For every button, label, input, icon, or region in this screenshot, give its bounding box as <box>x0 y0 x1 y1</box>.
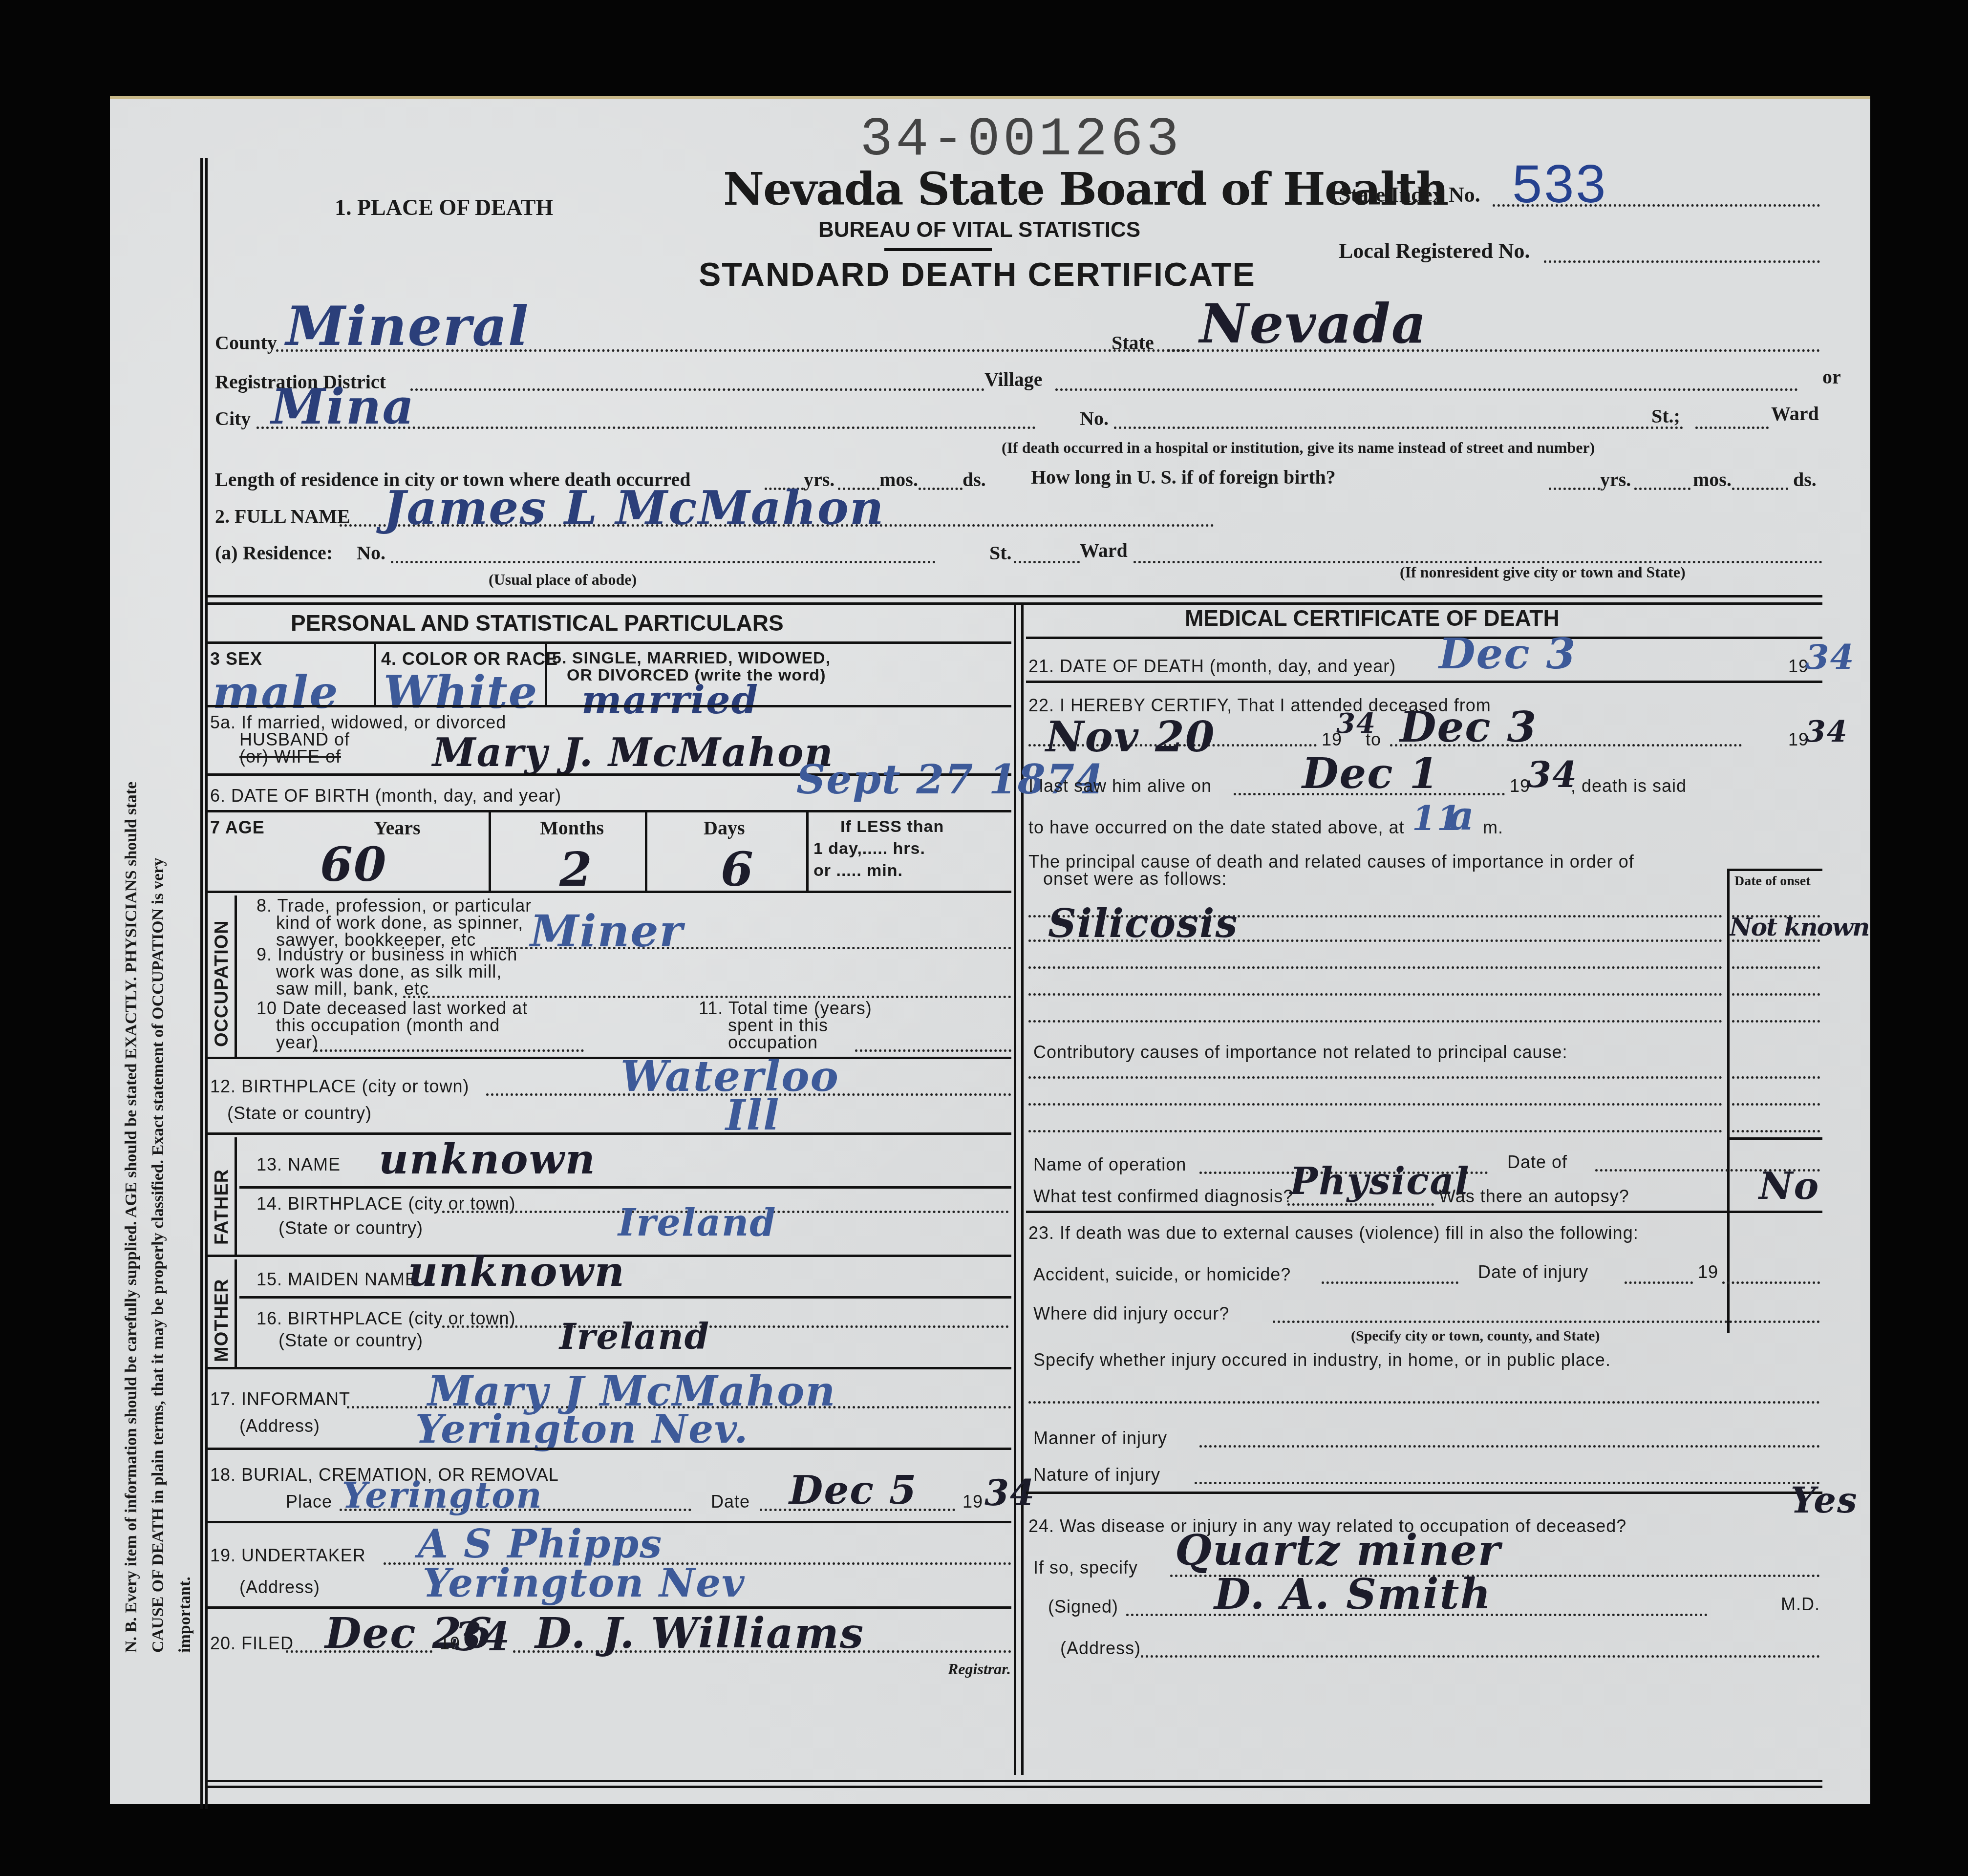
mother-maiden-value[interactable]: unknown <box>408 1247 625 1296</box>
hospital-note: (If death occurred in a hospital or inst… <box>1002 439 1595 457</box>
last-saw-year[interactable]: 34 <box>1527 754 1578 795</box>
or-label: or <box>1822 365 1841 388</box>
age-days-value[interactable]: 6 <box>721 842 754 897</box>
header-divider <box>884 248 992 251</box>
burial-date-value[interactable]: Dec 5 <box>789 1467 918 1513</box>
frame-left-line <box>200 158 203 1809</box>
street-no-label: No. <box>1080 407 1109 430</box>
test-label: What test confirmed diagnosis? <box>1033 1186 1293 1207</box>
age-label: 7 AGE <box>210 817 265 838</box>
less-than-label-3: or ..... min. <box>813 861 903 880</box>
mother-birthplace-state-label: (State or country) <box>278 1330 423 1351</box>
to-label: to <box>1366 729 1381 750</box>
injury-date-label: Date of injury <box>1478 1262 1588 1282</box>
spouse-label-3: (or) WIFE of <box>239 746 341 767</box>
local-registered-label: Local Registered No. <box>1339 238 1530 263</box>
father-name-value[interactable]: unknown <box>379 1135 596 1183</box>
foreign-birth-label: How long in U. S. if of foreign birth? <box>1031 466 1336 489</box>
birthplace-state-label: (State or country) <box>227 1103 372 1124</box>
attended-from-value[interactable]: Nov 20 <box>1046 712 1216 762</box>
city-label: City <box>215 407 251 430</box>
registrar-signature: D. J. Williams <box>535 1609 864 1658</box>
occupation-related-value[interactable]: Yes <box>1791 1479 1858 1521</box>
side-note-line-2: CAUSE OF DEATH in plain terms, that it m… <box>149 858 168 1653</box>
autopsy-value[interactable]: No <box>1759 1164 1819 1208</box>
trade-value[interactable]: Miner <box>530 905 684 957</box>
dob-label: 6. DATE OF BIRTH (month, day, and year) <box>210 786 561 806</box>
father-name-label: 13. NAME <box>257 1154 341 1175</box>
county-label: County <box>215 331 277 354</box>
street-label: St.; <box>1651 405 1680 427</box>
filed-label: 20. FILED <box>210 1633 294 1654</box>
residence-ds-label: ds. <box>963 468 986 491</box>
death-said-label: , death is said <box>1571 776 1687 796</box>
principal-cause-label-2: onset were as follows: <box>1043 869 1227 889</box>
state-value[interactable]: Nevada <box>1199 292 1427 355</box>
years-label: Years <box>374 816 421 839</box>
city-value[interactable]: Mina <box>271 378 415 435</box>
where-injury-label: Where did injury occur? <box>1033 1303 1229 1324</box>
father-birthplace-state-label: (State or country) <box>278 1218 423 1238</box>
mother-maiden-label: 15. MAIDEN NAME <box>257 1269 417 1290</box>
burial-place-label: Place <box>286 1492 332 1512</box>
ampm-value[interactable]: a <box>1449 793 1475 839</box>
marital-value[interactable]: married <box>581 678 759 723</box>
last-saw-value[interactable]: Dec 1 <box>1302 749 1439 798</box>
m-label: m. <box>1483 817 1503 838</box>
registrar-label: Registrar. <box>948 1660 1011 1678</box>
residence-no-label: No. <box>357 541 385 564</box>
frame-bottom-line <box>205 1780 1822 1782</box>
attended-to-year[interactable]: 34 <box>1805 715 1848 749</box>
days-label: Days <box>704 816 745 839</box>
informant-address-label: (Address) <box>239 1416 320 1436</box>
dod-value[interactable]: Dec 3 <box>1439 629 1576 679</box>
less-than-label-1: If LESS than <box>840 817 944 836</box>
ward-label: Ward <box>1771 402 1819 425</box>
date-of-onset-label: Date of onset <box>1734 874 1811 889</box>
contributory-label: Contributory causes of importance not re… <box>1033 1042 1568 1063</box>
undertaker-address-label: (Address) <box>239 1577 320 1598</box>
state-index-value: 533 <box>1512 153 1608 215</box>
side-note-line-3: important. <box>176 1577 194 1653</box>
manner-label: Manner of injury <box>1033 1428 1167 1449</box>
less-than-label-2: 1 day,..... hrs. <box>813 839 925 858</box>
physician-signature[interactable]: D. A. Smith <box>1214 1570 1492 1619</box>
frame-bottom-line-2 <box>205 1786 1822 1788</box>
sex-value[interactable]: male <box>213 666 339 719</box>
foreign-ds-label: ds. <box>1793 468 1817 491</box>
state-label: State <box>1112 331 1154 354</box>
total-time-label-3: occupation <box>728 1032 818 1053</box>
if-so-label: If so, specify <box>1033 1557 1138 1578</box>
mother-side-label: MOTHER <box>212 1279 233 1362</box>
full-name-value[interactable]: James L McMahon <box>384 480 884 535</box>
specify-label: Specify whether injury occured in indust… <box>1033 1350 1611 1370</box>
operation-label: Name of operation <box>1033 1154 1186 1175</box>
last-saw-label: I last saw him alive on <box>1028 776 1212 796</box>
section-divider-top <box>205 595 1822 597</box>
place-of-death-heading: 1. PLACE OF DEATH <box>335 194 553 220</box>
nature-label: Nature of injury <box>1033 1465 1160 1485</box>
autopsy-label: Was there an autopsy? <box>1439 1186 1629 1207</box>
burial-place-value[interactable]: Yerington <box>342 1474 543 1516</box>
if-so-value[interactable]: Quartz miner <box>1175 1526 1501 1575</box>
last-worked-label-3: year) <box>276 1032 319 1053</box>
informant-address-value[interactable]: Yerington Nev. <box>415 1406 749 1452</box>
md-label: M.D. <box>1781 1594 1820 1615</box>
undertaker-address-value[interactable]: Yerington Nev <box>423 1560 746 1606</box>
age-years-value[interactable]: 60 <box>320 837 387 892</box>
onset-value[interactable]: Not known <box>1730 913 1869 941</box>
signed-label: (Signed) <box>1048 1597 1118 1617</box>
filed-year-value[interactable]: 34 <box>454 1614 511 1660</box>
county-value[interactable]: Mineral <box>286 295 530 358</box>
father-birthplace-value[interactable]: Ireland <box>618 1201 776 1244</box>
village-label: Village <box>984 368 1043 391</box>
birthplace-label: 12. BIRTHPLACE (city or town) <box>210 1076 470 1097</box>
full-name-label: 2. FULL NAME <box>215 505 350 528</box>
death-certificate-paper: 34-001263 Nevada State Board of Health B… <box>110 96 1870 1804</box>
informant-label: 17. INFORMANT <box>210 1389 350 1409</box>
residence-label: (a) Residence: <box>215 541 333 564</box>
bureau-subtitle: BUREAU OF VITAL STATISTICS <box>818 218 1140 242</box>
foreign-mos-label: mos. <box>1693 468 1732 491</box>
state-index-label: State Index No. <box>1339 182 1480 207</box>
dod-year-value[interactable]: 34 <box>1805 637 1855 677</box>
injury-year-prefix: 19 <box>1698 1262 1718 1282</box>
occupation-side-label: OCCUPATION <box>212 920 233 1047</box>
dod-label: 21. DATE OF DEATH (month, day, and year) <box>1028 656 1396 677</box>
abode-note: (Usual place of abode) <box>489 571 637 589</box>
father-side-label: FATHER <box>212 1169 233 1245</box>
nonresident-note: (If nonresident give city or town and St… <box>1400 563 1686 581</box>
foreign-yrs-label: yrs. <box>1600 468 1631 491</box>
residence-st-label: St. <box>989 541 1012 564</box>
certificate-title: STANDARD DEATH CERTIFICATE <box>699 256 1256 294</box>
race-value[interactable]: White <box>384 666 538 719</box>
physician-address-label: (Address) <box>1060 1638 1141 1659</box>
undertaker-label: 19. UNDERTAKER <box>210 1545 366 1566</box>
months-label: Months <box>540 816 604 839</box>
burial-date-label: Date <box>711 1492 750 1512</box>
side-note-line-1: N. B. Every item of information should b… <box>122 782 141 1653</box>
attended-to-value[interactable]: Dec 3 <box>1400 703 1537 752</box>
age-months-value[interactable]: 2 <box>559 842 593 897</box>
external-causes-label: 23. If death was due to external causes … <box>1028 1223 1639 1243</box>
frame-left-line-2 <box>205 158 208 1809</box>
where-note: (Specify city or town, county, and State… <box>1351 1328 1600 1344</box>
burial-year-prefix: 19 <box>963 1492 983 1512</box>
operation-date-label: Date of <box>1507 1152 1567 1172</box>
marital-label-1: 5. SINGLE, MARRIED, WIDOWED, <box>552 649 831 668</box>
accident-label: Accident, suicide, or homicide? <box>1033 1264 1291 1285</box>
medical-heading: MEDICAL CERTIFICATE OF DEATH <box>1185 605 1560 631</box>
occurred-label: to have occurred on the date stated abov… <box>1028 817 1405 838</box>
file-number-stamp: 34-001263 <box>860 109 1182 171</box>
spouse-value[interactable]: Mary J. McMahon <box>432 729 834 775</box>
mother-birthplace-value[interactable]: Ireland <box>559 1316 710 1357</box>
residence-mos-label: mos. <box>879 468 918 491</box>
residence-ward-label: Ward <box>1080 539 1128 562</box>
personal-heading: PERSONAL AND STATISTICAL PARTICULARS <box>291 610 784 636</box>
